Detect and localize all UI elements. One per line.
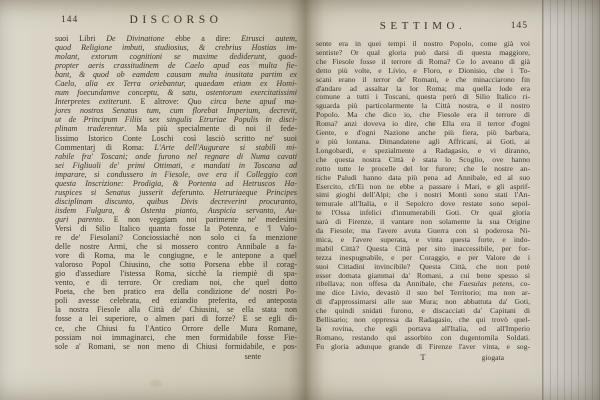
text-line: plinam traderentur. Ma più specialmente … (55, 124, 297, 133)
text-line: imparare, si condussero in Fiesole, ove … (55, 170, 297, 179)
text-line: jores nostros Senatus tum, cum florebat … (55, 106, 297, 115)
left-page-header: 144 DISCORSO (55, 14, 297, 29)
text-line: iisdem Fulgura, & Ostenta pianto, Auspic… (55, 206, 297, 215)
text-line: Interpretes extiterunt. E altrove: Quo c… (55, 97, 297, 106)
right-catchword: giogata (482, 353, 504, 362)
text-line: propter aeris crassitudinem de Caelo apu… (55, 61, 297, 70)
left-page-footer: sente (55, 352, 297, 363)
text-line: possiam noi immaginarci, che men formida… (55, 333, 297, 342)
right-page: SETTIMO. 145 sente era in quei tempi il … (316, 20, 530, 364)
text-line: rabile fra' Toscani; onde furono nel reg… (55, 152, 297, 161)
text-line: bant, & quod ob eamdem causam multa inus… (55, 70, 297, 79)
text-line: ruspices si Senatus jusserit deferunto. … (55, 188, 297, 197)
text-line: ce, che Chiusi fu l'Antico Orrore delle … (55, 324, 297, 333)
text-line: disciplinam discunto, quibus Divis decre… (55, 197, 297, 206)
text-line: delle nostre Armi, che si mossero contro… (55, 242, 297, 251)
book-photo: 144 DISCORSO suoi Libri De Divinatione e… (0, 0, 600, 400)
text-line: sei Figliuoli de' primi Ottimati, e mand… (55, 161, 297, 170)
right-page-text: sente era in quei tempi il nostro Popolo… (316, 40, 530, 352)
text-line: Commentarj di Roma: L'Arte dell'Augurare… (55, 143, 297, 152)
text-line: Fu gloria adunque grande di Firenze l'av… (316, 343, 530, 352)
text-line: Caelo, alia ex Terra oriebantur, quaedam… (55, 79, 297, 88)
right-running-title: SETTIMO. (316, 20, 530, 32)
text-line: sole a' Romani, se non meno di Chiusi fo… (55, 342, 297, 351)
text-line: vore di Roma, ma le congiugne, e le ante… (55, 251, 297, 260)
left-catchword: sente (245, 352, 261, 361)
left-page: 144 DISCORSO suoi Libri De Divinatione e… (55, 14, 297, 363)
text-line: fosse a lei superiore, o almen pari di f… (55, 314, 297, 323)
text-line: guri parento. E non veggiam noi pariment… (55, 215, 297, 224)
text-line: valoroso Popol Chiusino, che sotto Porse… (55, 260, 297, 269)
text-line: gio d'assediare l'istessa Roma, sicchè l… (55, 269, 297, 278)
fore-edge-page-stack (542, 0, 600, 400)
text-line: questa Inscrizione: Prodigia, & Portenta… (55, 179, 297, 188)
text-line: lissimo Istorico Conte Loschi così lasci… (55, 134, 297, 143)
right-page-number: 145 (511, 21, 528, 31)
text-line: Poeta, che ben pratico era della condizi… (55, 287, 297, 296)
text-line: re de' Fiesolani? Conciossiachè non solo… (55, 233, 297, 242)
right-page-header: SETTIMO. 145 (316, 20, 530, 35)
text-line: suoi Libri De Divinatione ebbe a dire: E… (55, 34, 297, 43)
text-line: vento, e di terrore. Or crediam noi, che… (55, 278, 297, 287)
text-line: num foecundamve conceptu, & satu, ostent… (55, 88, 297, 97)
left-page-text: suoi Libri De Divinatione ebbe a dire: E… (55, 34, 297, 351)
text-line: molant, extorum cognitioni se maxime ded… (55, 52, 297, 61)
right-page-footer: T giogata (316, 353, 530, 364)
text-line: poli avesse celebrata, ed eziandio prefe… (55, 296, 297, 305)
text-line: ut de Principum Filiis sex singulis Etru… (55, 115, 297, 124)
left-running-title: DISCORSO (55, 14, 297, 26)
text-line: quod Religione imbuti, studiosius, & cre… (55, 43, 297, 52)
text-line: la nostra Fiesole alla Città de' Chiusin… (55, 305, 297, 314)
text-line: Versi di Silio Italico quanta fosse la P… (55, 224, 297, 233)
